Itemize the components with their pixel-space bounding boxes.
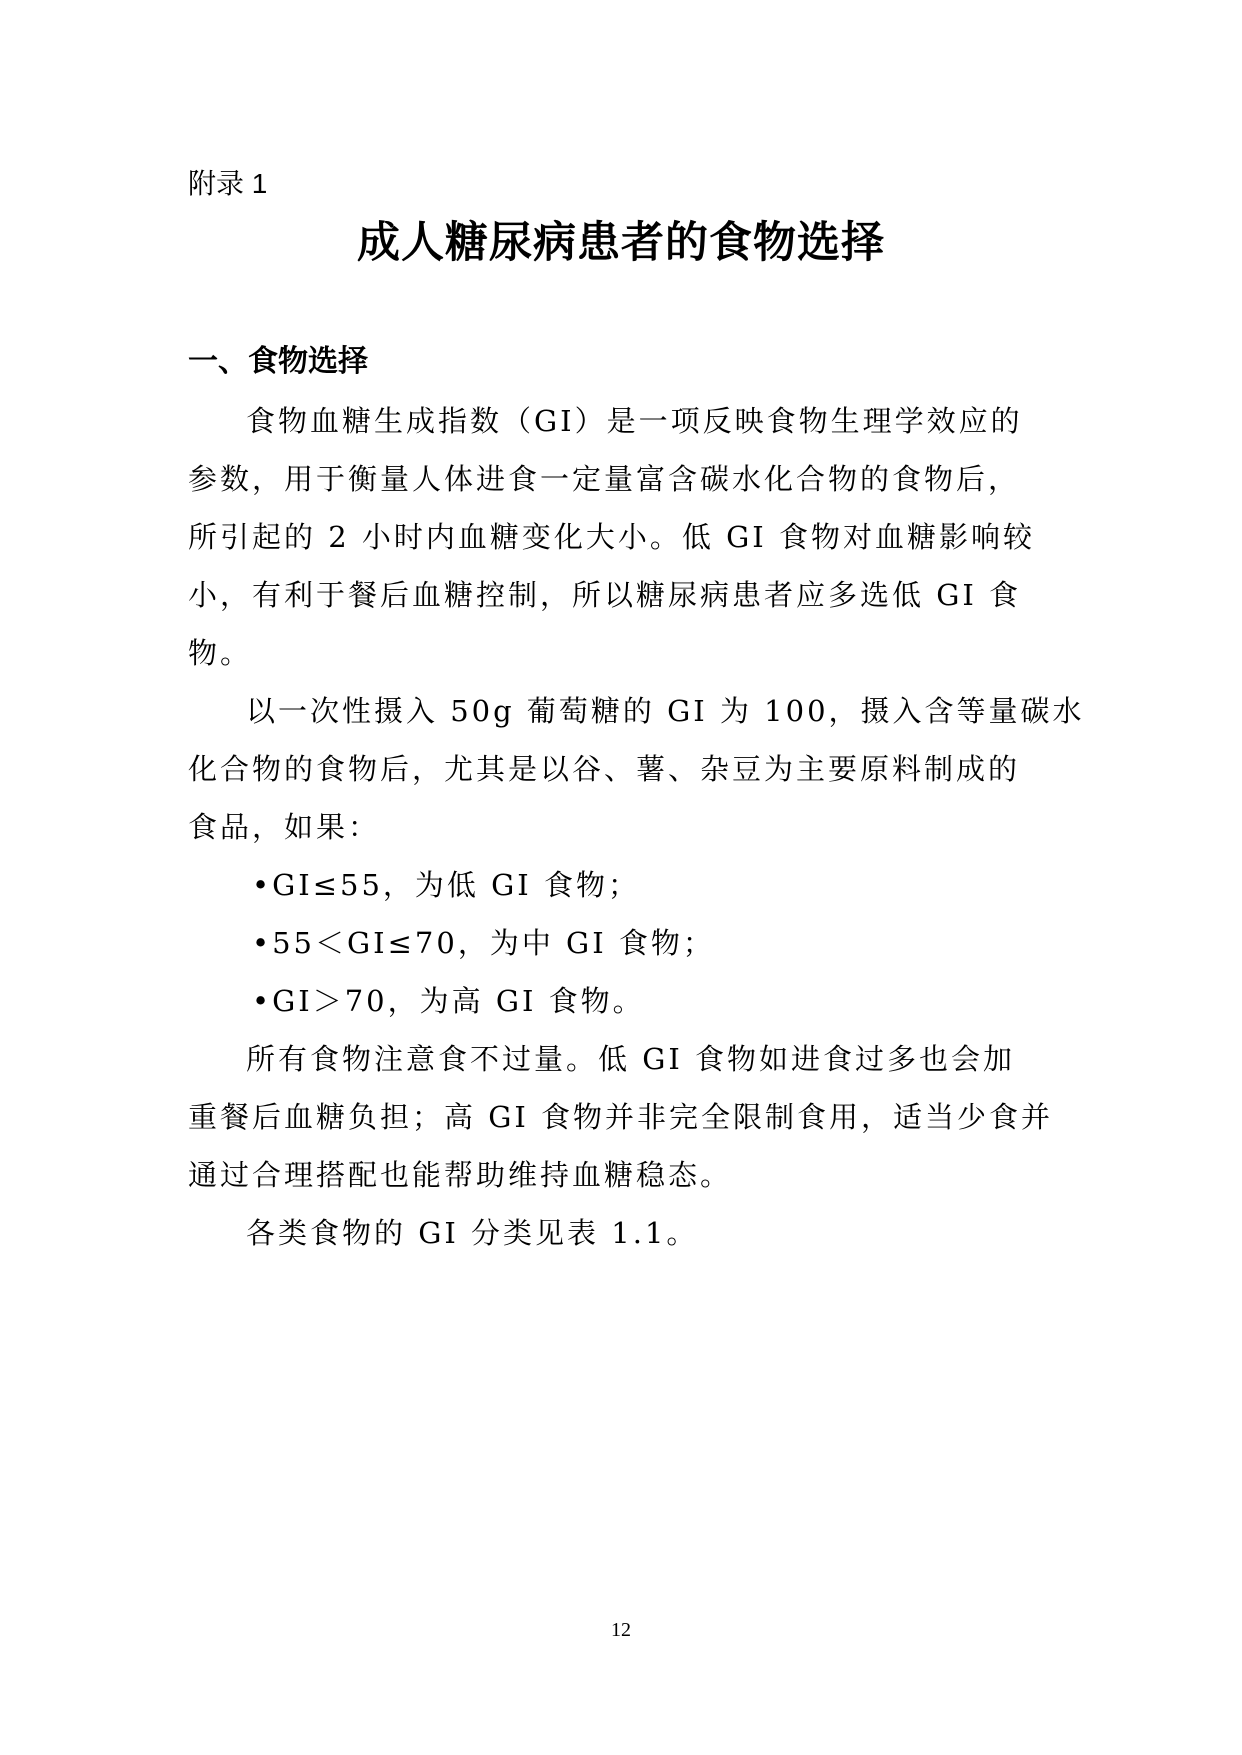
- text-line: 参数，用于衡量人体进食一定量富含碳水化合物的食物后，: [188, 450, 1060, 508]
- paragraph-table-reference: 各类食物的 GI 分类见表 1.1。: [188, 1204, 1060, 1262]
- section-body: 食物血糖生成指数（GI）是一项反映食物生理学效应的 参数，用于衡量人体进食一定量…: [188, 392, 1060, 1262]
- list-item-medium-gi: •55＜GI≤70，为中 GI 食物；: [188, 914, 1060, 972]
- list-item-high-gi: •GI＞70，为高 GI 食物。: [188, 972, 1060, 1030]
- text-line: 以一次性摄入 50g 葡萄糖的 GI 为 100，摄入含等量碳水: [188, 682, 1060, 740]
- paragraph-gi-definition: 食物血糖生成指数（GI）是一项反映食物生理学效应的 参数，用于衡量人体进食一定量…: [188, 392, 1060, 682]
- text-line: 重餐后血糖负担；高 GI 食物并非完全限制食用，适当少食并: [188, 1088, 1060, 1146]
- text-line: 物。: [188, 624, 1060, 682]
- text-line: 所有食物注意食不过量。低 GI 食物如进食过多也会加: [188, 1030, 1060, 1088]
- document-title-text: 成人糖尿病患者的食物选择: [357, 215, 885, 271]
- text-line: 小，有利于餐后血糖控制，所以糖尿病患者应多选低 GI 食: [188, 566, 1060, 624]
- appendix-label: 附录 1: [188, 166, 267, 202]
- text-line: 各类食物的 GI 分类见表 1.1。: [188, 1204, 1060, 1262]
- text-line: 所引起的 2 小时内血糖变化大小。低 GI 食物对血糖影响较: [188, 508, 1060, 566]
- document-title: 成人糖尿病患者的食物选择: [0, 215, 1242, 271]
- paragraph-gi-reference: 以一次性摄入 50g 葡萄糖的 GI 为 100，摄入含等量碳水 化合物的食物后…: [188, 682, 1060, 856]
- text-line: 通过合理搭配也能帮助维持血糖稳态。: [188, 1146, 1060, 1204]
- list-item-low-gi: •GI≤55，为低 GI 食物；: [188, 856, 1060, 914]
- text-line: 食物血糖生成指数（GI）是一项反映食物生理学效应的: [188, 392, 1060, 450]
- paragraph-portion-advice: 所有食物注意食不过量。低 GI 食物如进食过多也会加 重餐后血糖负担；高 GI …: [188, 1030, 1060, 1204]
- page-number: 12: [0, 1616, 1242, 1644]
- text-line: 食品，如果：: [188, 798, 1060, 856]
- text-line: 化合物的食物后，尤其是以谷、薯、杂豆为主要原料制成的: [188, 740, 1060, 798]
- section-heading: 一、食物选择: [188, 342, 368, 382]
- gi-classification-list: •GI≤55，为低 GI 食物； •55＜GI≤70，为中 GI 食物； •GI…: [188, 856, 1060, 1030]
